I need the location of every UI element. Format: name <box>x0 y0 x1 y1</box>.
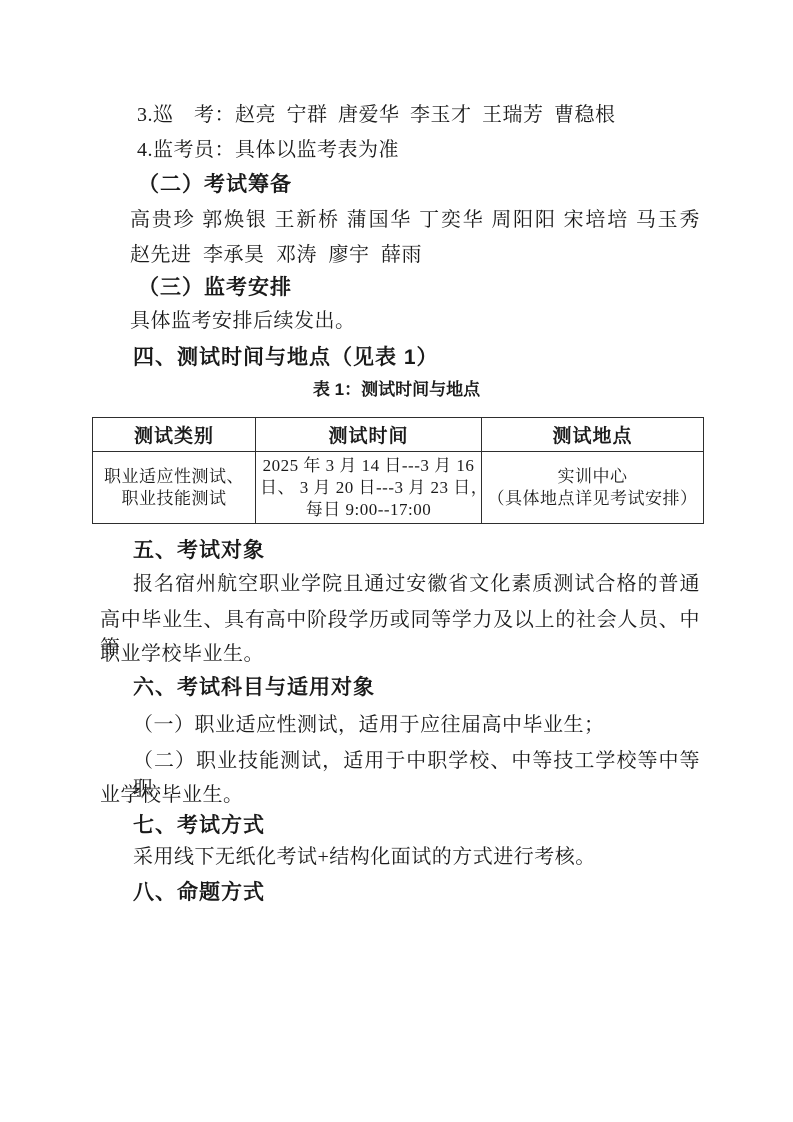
cell-test-category: 职业适应性测试、 职业技能测试 <box>93 452 256 524</box>
cell-text-line: （具体地点详见考试安排） <box>486 488 699 510</box>
cell-test-time: 2025 年 3 月 14 日---3 月 16 日、 3 月 20 日---3… <box>256 452 482 524</box>
heading-invigilation-arrangement: （三）监考安排 <box>138 274 292 302</box>
table-header-row: 测试类别 测试时间 测试地点 <box>93 418 704 452</box>
para-subjects-line-3: 业学校毕业生。 <box>100 781 244 809</box>
cell-text-line: 每日 9:00--17:00 <box>260 499 477 521</box>
cell-text-line: 职业适应性测试、 <box>97 466 251 488</box>
cell-text-line: 2025 年 3 月 14 日---3 月 16 <box>260 455 477 477</box>
heading-section-5-candidates: 五、考试对象 <box>133 537 265 565</box>
para-candidates-line-3: 职业学校毕业生。 <box>100 640 264 668</box>
line-patrol-examiners: 3.巡 考：赵亮 宁群 唐爱华 李玉才 王瑞芳 曹稳根 <box>137 101 616 129</box>
line-prep-names-2: 赵先进 李承昊 邓涛 廖宇 薛雨 <box>130 241 422 269</box>
cell-text-line: 实训中心 <box>486 466 699 488</box>
para-subjects-line-1: （一）职业适应性测试，适用于应往届高中毕业生； <box>133 711 605 739</box>
cell-test-location: 实训中心 （具体地点详见考试安排） <box>482 452 704 524</box>
col-header-test-category: 测试类别 <box>93 418 256 452</box>
exam-schedule-table: 测试类别 测试时间 测试地点 职业适应性测试、 职业技能测试 2025 年 3 … <box>92 417 704 524</box>
line-invigilation-note: 具体监考安排后续发出。 <box>130 307 356 335</box>
document-page: 3.巡 考：赵亮 宁群 唐爱华 李玉才 王瑞芳 曹稳根 4.监考员：具体以监考表… <box>0 0 793 1122</box>
table-caption: 表 1：测试时间与地点 <box>0 378 793 402</box>
table-row: 职业适应性测试、 职业技能测试 2025 年 3 月 14 日---3 月 16… <box>93 452 704 524</box>
cell-text-line: 日、 3 月 20 日---3 月 23 日， <box>260 477 477 499</box>
col-header-test-time: 测试时间 <box>256 418 482 452</box>
heading-exam-preparation: （二）考试筹备 <box>138 171 292 199</box>
line-prep-names-1: 高贵珍 郭焕银 王新桥 蒲国华 丁奕华 周阳阳 宋培培 马玉秀 <box>130 206 700 234</box>
heading-section-4-time-location: 四、测试时间与地点（见表 1） <box>133 344 439 372</box>
line-invigilators-note: 4.监考员：具体以监考表为准 <box>137 136 399 164</box>
cell-text-line: 职业技能测试 <box>97 488 251 510</box>
heading-section-8-question-setting: 八、命题方式 <box>133 879 265 907</box>
heading-section-7-exam-method: 七、考试方式 <box>133 812 265 840</box>
heading-section-6-subjects: 六、考试科目与适用对象 <box>133 674 375 702</box>
para-candidates-line-1: 报名宿州航空职业学院且通过安徽省文化素质测试合格的普通 <box>133 570 700 598</box>
col-header-test-location: 测试地点 <box>482 418 704 452</box>
line-exam-method: 采用线下无纸化考试+结构化面试的方式进行考核。 <box>133 843 596 871</box>
